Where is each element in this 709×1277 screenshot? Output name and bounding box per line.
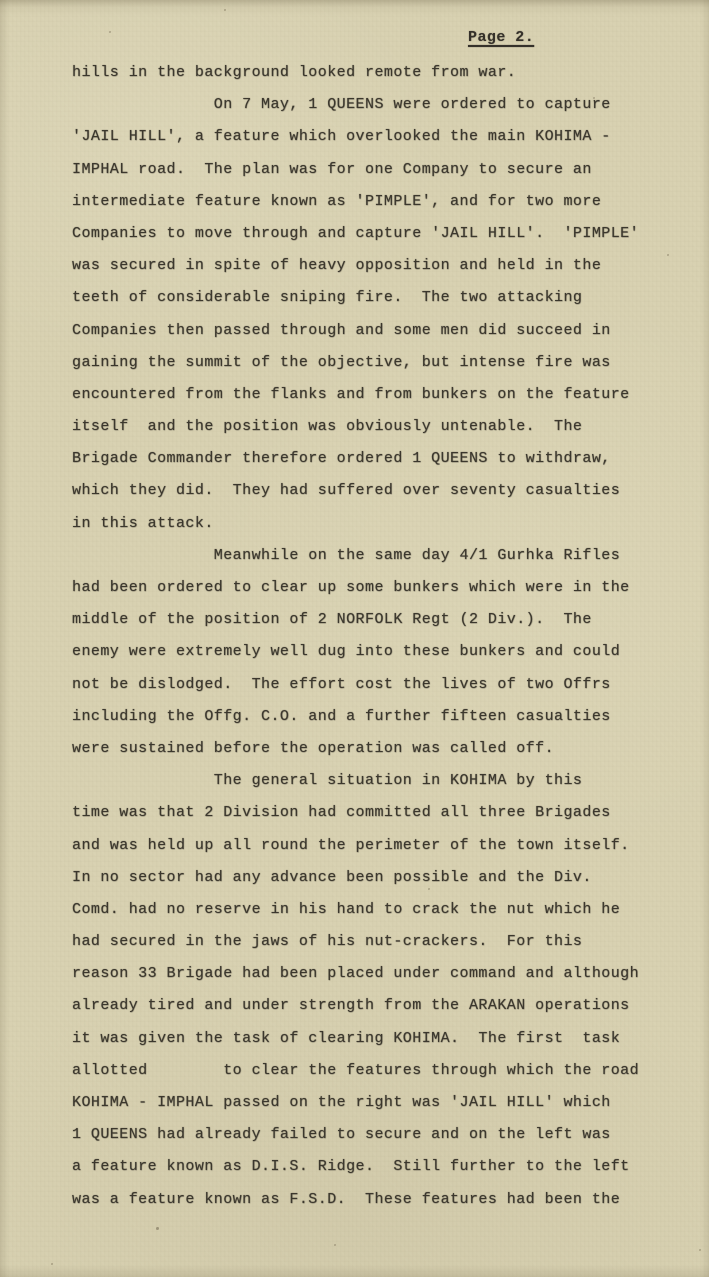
text-line: intermediate feature known as 'PIMPLE', … (72, 186, 672, 218)
paper-speck (699, 1249, 701, 1251)
text-line: hills in the background looked remote fr… (72, 57, 672, 89)
text-line: including the Offg. C.O. and a further f… (72, 701, 672, 733)
text-line: allotted to clear the features through w… (72, 1055, 672, 1087)
text-line: in this attack. (72, 508, 672, 540)
text-line: On 7 May, 1 QUEENS were ordered to captu… (72, 89, 672, 121)
text-line: Companies to move through and capture 'J… (72, 218, 672, 250)
text-line: Meanwhile on the same day 4/1 Gurhka Rif… (72, 540, 672, 572)
text-line: Comd. had no reserve in his hand to crac… (72, 894, 672, 926)
text-line: was secured in spite of heavy opposition… (72, 250, 672, 282)
scanned-document-page: Page 2. hills in the background looked r… (0, 0, 709, 1277)
text-line: In no sector had any advance been possib… (72, 862, 672, 894)
text-line: Companies then passed through and some m… (72, 315, 672, 347)
text-line: time was that 2 Division had committed a… (72, 797, 672, 829)
text-line: were sustained before the operation was … (72, 733, 672, 765)
text-line: The general situation in KOHIMA by this (72, 765, 672, 797)
text-line: middle of the position of 2 NORFOLK Regt… (72, 604, 672, 636)
text-line: enemy were extremely well dug into these… (72, 636, 672, 668)
text-line: had been ordered to clear up some bunker… (72, 572, 672, 604)
text-line: encountered from the flanks and from bun… (72, 379, 672, 411)
text-line: reason 33 Brigade had been placed under … (72, 958, 672, 990)
text-line: already tired and under strength from th… (72, 990, 672, 1022)
text-line: and was held up all round the perimeter … (72, 830, 672, 862)
text-line: KOHIMA - IMPHAL passed on the right was … (72, 1087, 672, 1119)
paper-speck (334, 1244, 336, 1246)
paper-speck (109, 31, 111, 33)
text-line: was a feature known as F.S.D. These feat… (72, 1184, 672, 1216)
text-line: it was given the task of clearing KOHIMA… (72, 1023, 672, 1055)
text-line: Brigade Commander therefore ordered 1 QU… (72, 443, 672, 475)
text-line: 'JAIL HILL', a feature which overlooked … (72, 121, 672, 153)
text-line: itself and the position was obviously un… (72, 411, 672, 443)
text-line: which they did. They had suffered over s… (72, 475, 672, 507)
paper-speck (51, 1263, 53, 1265)
text-line: IMPHAL road. The plan was for one Compan… (72, 154, 672, 186)
text-line: had secured in the jaws of his nut-crack… (72, 926, 672, 958)
text-line: 1 QUEENS had already failed to secure an… (72, 1119, 672, 1151)
text-line: teeth of considerable sniping fire. The … (72, 282, 672, 314)
text-line: not be dislodged. The effort cost the li… (72, 669, 672, 701)
paper-speck (156, 1227, 159, 1230)
paper-speck (224, 9, 226, 11)
text-line: a feature known as D.I.S. Ridge. Still f… (72, 1151, 672, 1183)
page-number-label: Page 2. (468, 29, 534, 46)
text-line: gaining the summit of the objective, but… (72, 347, 672, 379)
document-body: hills in the background looked remote fr… (72, 57, 672, 1216)
